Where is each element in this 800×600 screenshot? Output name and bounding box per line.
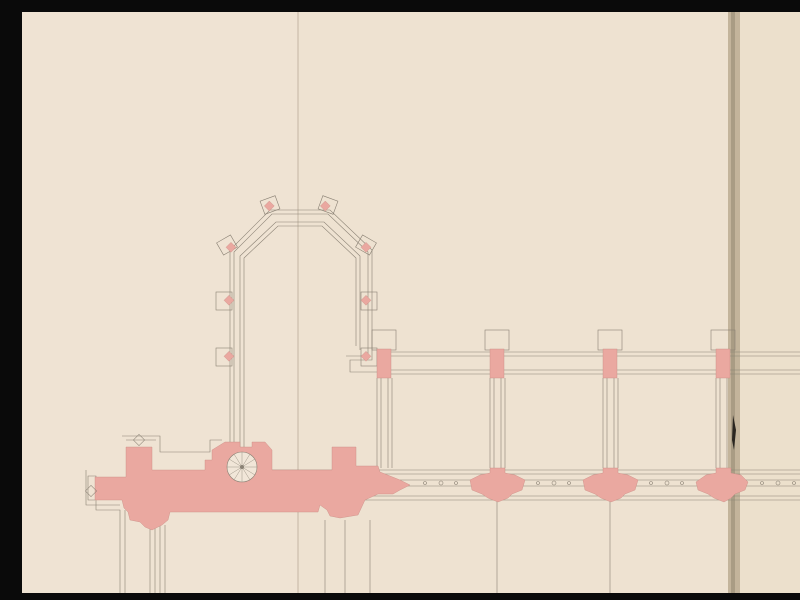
pier-cap-1 bbox=[377, 349, 391, 378]
pier-cap-3 bbox=[603, 349, 617, 378]
drawing-sheet: architectural floor plan drawing (scanne… bbox=[0, 0, 800, 600]
pier-cap-4 bbox=[716, 349, 730, 378]
pier-cap-2 bbox=[490, 349, 504, 378]
spiral-staircase bbox=[227, 452, 257, 482]
